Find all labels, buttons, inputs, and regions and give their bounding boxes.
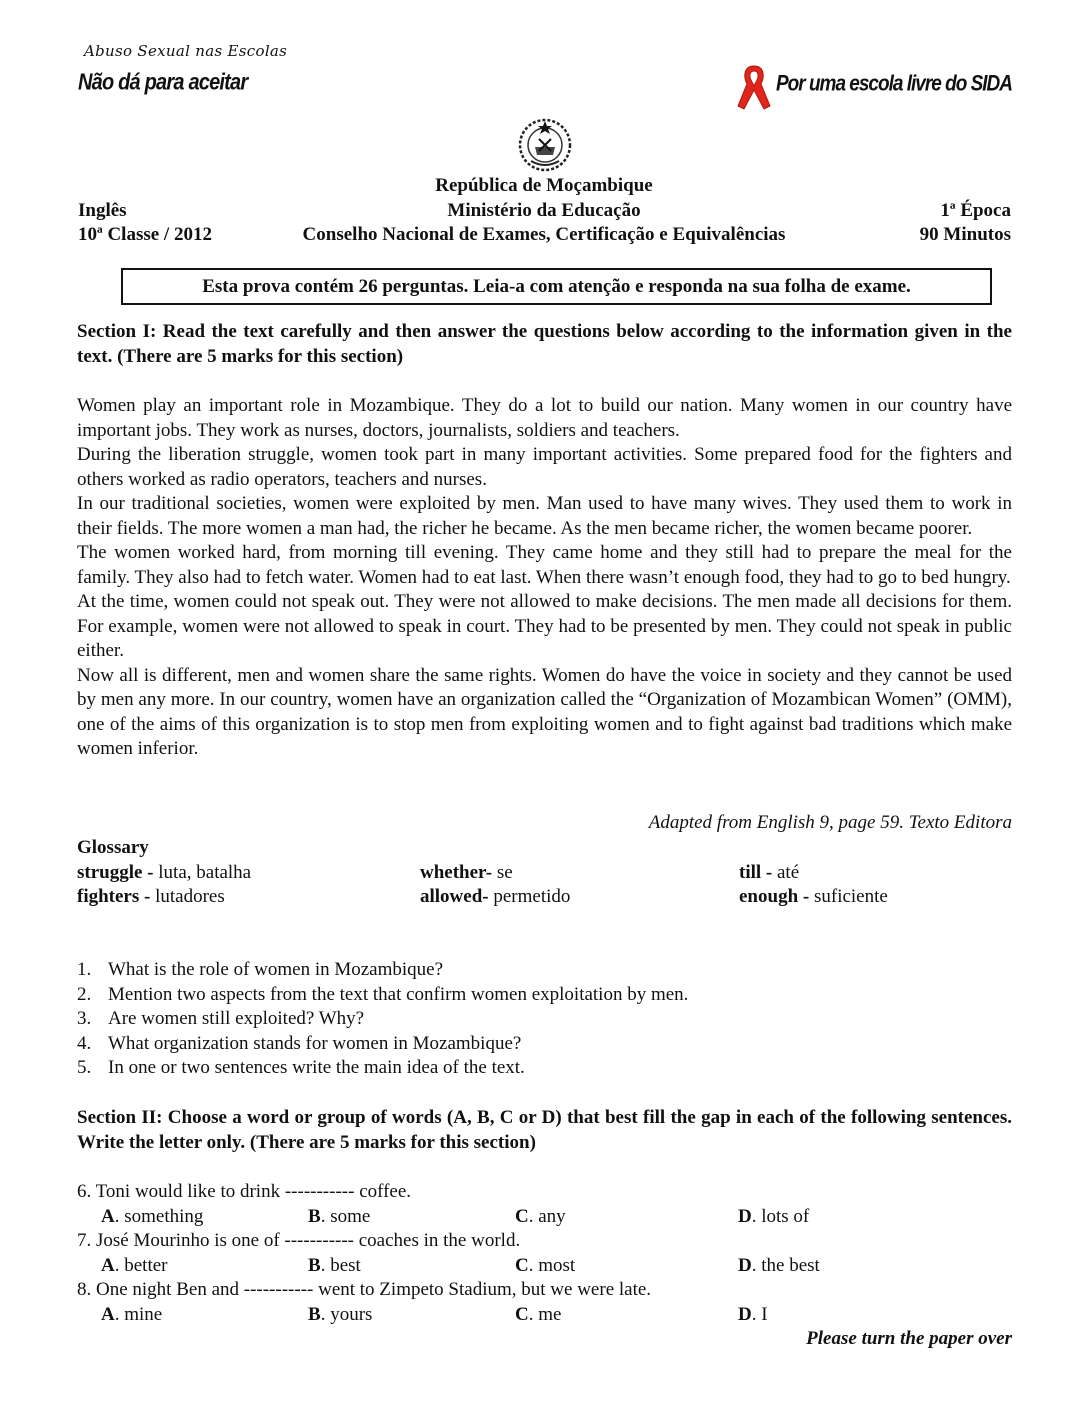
mcq-option: D. the best xyxy=(738,1254,820,1279)
passage-paragraph: The women worked hard, from morning till… xyxy=(77,541,1012,590)
exam-subject: Inglês xyxy=(78,199,127,223)
mozambique-coat-of-arms-icon xyxy=(517,117,573,173)
mcq-option: B. some xyxy=(308,1205,515,1230)
ministry-name: Ministério da Educação xyxy=(0,199,1088,223)
option-text: . yours xyxy=(321,1304,373,1325)
option-letter: C xyxy=(515,1304,529,1325)
mcq-item: 8. One night Ben and ----------- went to… xyxy=(77,1278,1012,1327)
option-letter: C xyxy=(515,1255,529,1276)
mcq-options: A. something B. some C. any D. lots of xyxy=(77,1205,1012,1230)
passage-paragraph: In our traditional societies, women were… xyxy=(77,492,1012,541)
glossary-row: struggle - luta, batalha whether- se til… xyxy=(77,861,1012,886)
question-text: Mention two aspects from the text that c… xyxy=(108,983,688,1008)
question-number: 2. xyxy=(77,983,108,1008)
option-letter: B xyxy=(308,1255,321,1276)
question-item: 5.In one or two sentences write the main… xyxy=(77,1056,688,1081)
glossary-entry: struggle - luta, batalha xyxy=(77,861,420,886)
glossary-meaning: se xyxy=(497,862,513,883)
option-text: . the best xyxy=(752,1255,820,1276)
question-list: 1.What is the role of women in Mozambiqu… xyxy=(77,958,688,1081)
option-text: . me xyxy=(529,1304,562,1325)
glossary: Glossary struggle - luta, batalha whethe… xyxy=(77,836,1012,910)
mcq-option: A. better xyxy=(101,1254,308,1279)
option-letter: A xyxy=(101,1206,115,1227)
mcq-stem: 6. Toni would like to drink ----------- … xyxy=(77,1180,1012,1205)
option-text: . any xyxy=(529,1206,566,1227)
question-number: 5. xyxy=(77,1056,108,1081)
glossary-meaning: lutadores xyxy=(155,886,225,907)
option-letter: C xyxy=(515,1206,529,1227)
passage-source: Adapted from English 9, page 59. Texto E… xyxy=(649,811,1012,835)
option-letter: D xyxy=(738,1255,752,1276)
glossary-term: till - xyxy=(739,862,777,883)
red-ribbon-icon xyxy=(734,62,774,114)
option-letter: D xyxy=(738,1206,752,1227)
exam-grade-year: 10ª Classe / 2012 xyxy=(78,223,212,247)
glossary-term: fighters - xyxy=(77,886,155,907)
question-item: 2.Mention two aspects from the text that… xyxy=(77,983,688,1008)
question-number: 4. xyxy=(77,1032,108,1057)
glossary-row: fighters - lutadores allowed- permetido … xyxy=(77,885,1012,910)
mcq-option: C. most xyxy=(515,1254,738,1279)
turn-over-note: Please turn the paper over xyxy=(806,1328,1012,1350)
option-text: . mine xyxy=(115,1304,163,1325)
glossary-title: Glossary xyxy=(77,836,1012,861)
country-name: República de Moçambique xyxy=(0,174,1088,198)
question-text: In one or two sentences write the main i… xyxy=(108,1056,525,1081)
question-text: What organization stands for women in Mo… xyxy=(108,1032,521,1057)
option-text: . best xyxy=(321,1255,361,1276)
passage-paragraph: At the time, women could not speak out. … xyxy=(77,590,1012,664)
mcq-option: C. me xyxy=(515,1303,738,1328)
option-text: . lots of xyxy=(752,1206,810,1227)
glossary-meaning: luta, batalha xyxy=(158,862,251,883)
mcq-option: A. something xyxy=(101,1205,308,1230)
mcq-options: A. mine B. yours C. me D. I xyxy=(77,1303,1012,1328)
question-number: 1. xyxy=(77,958,108,983)
option-letter: B xyxy=(308,1304,321,1325)
option-text: . better xyxy=(115,1255,168,1276)
option-letter: A xyxy=(101,1255,115,1276)
mcq-option: B. best xyxy=(308,1254,515,1279)
question-item: 1.What is the role of women in Mozambiqu… xyxy=(77,958,688,983)
mcq-option: C. any xyxy=(515,1205,738,1230)
question-number: 3. xyxy=(77,1007,108,1032)
option-text: . most xyxy=(529,1255,575,1276)
mcq-stem: 7. José Mourinho is one of ----------- c… xyxy=(77,1229,1012,1254)
mcq-option: D. I xyxy=(738,1303,768,1328)
mcq-option: B. yours xyxy=(308,1303,515,1328)
passage-paragraph: During the liberation struggle, women to… xyxy=(77,443,1012,492)
option-letter: A xyxy=(101,1304,115,1325)
reading-passage: Women play an important role in Mozambiq… xyxy=(77,394,1012,762)
option-letter: B xyxy=(308,1206,321,1227)
question-item: 4.What organization stands for women in … xyxy=(77,1032,688,1057)
section-1-title: Section I: Read the text carefully and t… xyxy=(77,320,1012,369)
glossary-meaning: permetido xyxy=(493,886,570,907)
glossary-entry: enough - suficiente xyxy=(739,885,888,910)
glossary-meaning: suficiente xyxy=(814,886,888,907)
question-item: 3.Are women still exploited? Why? xyxy=(77,1007,688,1032)
mcq-item: 6. Toni would like to drink ----------- … xyxy=(77,1180,1012,1229)
option-text: . I xyxy=(752,1304,768,1325)
glossary-term: struggle - xyxy=(77,862,158,883)
glossary-term: allowed- xyxy=(420,886,493,907)
mcq-option: D. lots of xyxy=(738,1205,809,1230)
option-letter: D xyxy=(738,1304,752,1325)
campaign-slogan: Não dá para aceitar xyxy=(78,70,247,96)
option-text: . something xyxy=(115,1206,204,1227)
question-text: Are women still exploited? Why? xyxy=(108,1007,364,1032)
campaign-right-slogan: Por uma escola livre do SIDA xyxy=(776,72,1012,97)
mcq-stem: 8. One night Ben and ----------- went to… xyxy=(77,1278,1012,1303)
glossary-entry: fighters - lutadores xyxy=(77,885,420,910)
mcq-item: 7. José Mourinho is one of ----------- c… xyxy=(77,1229,1012,1278)
passage-paragraph: Women play an important role in Mozambiq… xyxy=(77,394,1012,443)
exam-season: 1ª Época xyxy=(940,199,1011,223)
mcq-options: A. better B. best C. most D. the best xyxy=(77,1254,1012,1279)
mcq-option: A. mine xyxy=(101,1303,308,1328)
glossary-entry: allowed- permetido xyxy=(420,885,739,910)
question-text: What is the role of women in Mozambique? xyxy=(108,958,443,983)
exam-duration: 90 Minutos xyxy=(920,223,1011,247)
glossary-entry: whether- se xyxy=(420,861,739,886)
multiple-choice-list: 6. Toni would like to drink ----------- … xyxy=(77,1180,1012,1327)
passage-paragraph: Now all is different, men and women shar… xyxy=(77,664,1012,762)
campaign-tagline-script: Abuso Sexual nas Escolas xyxy=(84,42,287,60)
glossary-term: enough - xyxy=(739,886,814,907)
glossary-entry: till - até xyxy=(739,861,799,886)
glossary-meaning: até xyxy=(777,862,799,883)
option-text: . some xyxy=(321,1206,371,1227)
glossary-term: whether- xyxy=(420,862,497,883)
section-2-title: Section II: Choose a word or group of wo… xyxy=(77,1106,1012,1155)
instructions-box: Esta prova contém 26 perguntas. Leia-a c… xyxy=(121,268,992,305)
